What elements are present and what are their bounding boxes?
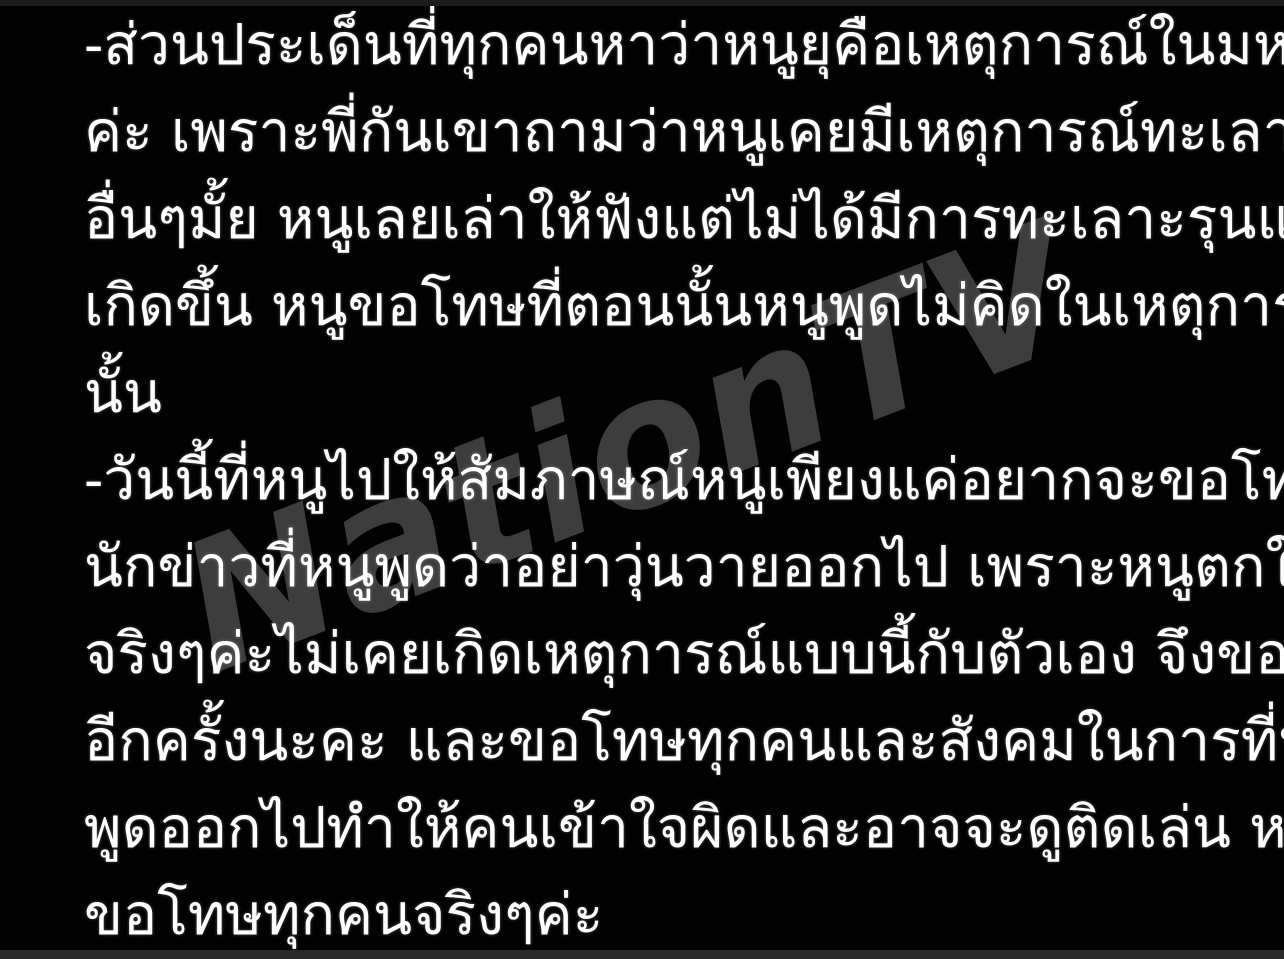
video-frame: NationTV -ส่วนประเด็นที่ทุกคนหาว่าหนูยุค… (0, 0, 1284, 959)
statement-line-6: -วันนี้ที่หนูไปให้สัมภาษณ์หนูเพียงแค่อยา… (84, 437, 1284, 524)
statement-line-5: นั้น (84, 350, 1284, 437)
statement-line-2: ค่ะ เพราะพี่กันเขาถามว่าหนูเคยมีเหตุการณ… (84, 89, 1284, 176)
statement-line-10: พูดออกไปทำให้คนเข้าใจผิดและอาจจะดูติดเล่… (84, 785, 1284, 872)
statement-line-11: ขอโทษทุกคนจริงๆค่ะ (84, 872, 1284, 959)
top-edge-strip (0, 0, 1284, 6)
statement-line-1: -ส่วนประเด็นที่ทุกคนหาว่าหนูยุคือเหตุการ… (84, 2, 1284, 89)
bottom-edge-strip (0, 950, 1284, 959)
statement-line-8: จริงๆค่ะไม่เคยเกิดเหตุการณ์แบบนี้กับตัวเ… (84, 611, 1284, 698)
statement-line-4: เกิดขึ้น หนูขอโทษที่ตอนนั้นหนูพูดไม่คิดใ… (84, 263, 1284, 350)
statement-line-9: อีกครั้งนะคะ และขอโทษทุกคนและสังคมในการท… (84, 698, 1284, 785)
statement-line-7: นักข่าวที่หนูพูดว่าอย่าวุ่นวายออกไป เพรา… (84, 524, 1284, 611)
statement-panel: -ส่วนประเด็นที่ทุกคนหาว่าหนูยุคือเหตุการ… (84, 2, 1284, 959)
statement-line-3: อื่นๆมั้ย หนูเลยเล่าให้ฟังแต่ไม่ได้มีการ… (84, 176, 1284, 263)
